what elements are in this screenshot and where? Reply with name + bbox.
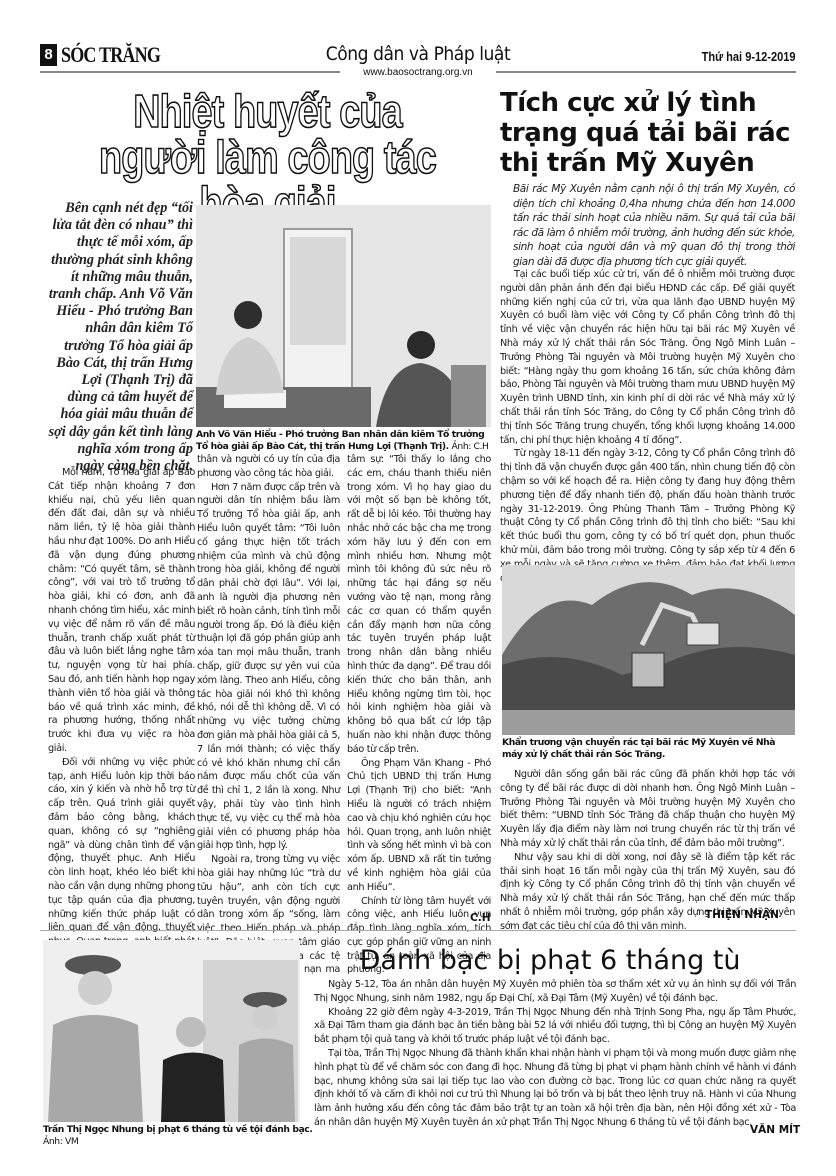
- article2-photo-caption: Khẩn trương vận chuyển rác tại bãi rác M…: [502, 737, 795, 761]
- photo-credit: Ảnh: C.H: [452, 441, 489, 452]
- paragraph: tâm sự: “Tôi thấy lo lắng cho các em, ch…: [347, 453, 491, 757]
- article3-byline: VĂN MÍT: [750, 1124, 800, 1136]
- meeting-photo-icon: [196, 205, 491, 427]
- garbage-truck-photo-icon: [502, 565, 795, 735]
- article1-lead: Bên cạnh nét đẹp “tối lửa tắt đèn có nha…: [48, 200, 193, 475]
- paragraph: Tại các buổi tiếp xúc cử tri, vấn đề ô n…: [500, 268, 795, 447]
- paragraph: Ông Phạm Văn Khang - Phó Chủ tịch UBND t…: [347, 757, 491, 895]
- paragraph: Mỗi năm, Tổ hòa giải ấp Bào Cát tiếp nhậ…: [48, 466, 195, 756]
- page-number: 8: [40, 44, 57, 66]
- article2-lead: Bãi rác Mỹ Xuyên nằm cạnh nội ô thị trấn…: [513, 182, 795, 269]
- article1-photo-caption: Anh Võ Văn Hiểu - Phó trưởng Ban nhân dâ…: [196, 429, 496, 453]
- court-photo-icon: [43, 940, 300, 1122]
- paragraph: thân và người có uy tín của địa phương v…: [197, 453, 340, 481]
- article3-headline: Đánh bạc bị phạt 6 tháng tù: [300, 945, 800, 976]
- section-divider: [40, 930, 796, 931]
- photo-credit: Ảnh: VM: [43, 1136, 78, 1147]
- article1-column-1: Mỗi năm, Tổ hòa giải ấp Bào Cát tiếp nhậ…: [48, 466, 195, 976]
- paragraph: Tại tòa, Trần Thị Ngọc Nhung đã thành kh…: [314, 1047, 796, 1130]
- paragraph: Người dân sống gần bãi rác cũng đã phấn …: [500, 768, 795, 851]
- paragraph: Khoảng 22 giờ đêm ngày 4-3-2019, Trần Th…: [314, 1006, 796, 1047]
- article1-byline: C.H: [470, 912, 490, 924]
- article3-photo-caption: Trần Thị Ngọc Nhung bị phạt 6 tháng tù v…: [43, 1124, 313, 1148]
- article2-headline: Tích cực xử lý tình trạng quá tải bãi rá…: [500, 88, 800, 178]
- issue-date: Thứ hai 9-12-2019: [702, 49, 796, 64]
- article1-column-3: tâm sự: “Tôi thấy lo lắng cho các em, ch…: [347, 453, 491, 977]
- paragraph: Ngày 5-12, Tòa án nhân dân huyện Mỹ Xuyê…: [314, 978, 796, 1006]
- article3-photo: [43, 940, 300, 1122]
- paragraph: Hơn 7 năm được cấp trên và người dân tín…: [197, 481, 340, 854]
- article2-byline: THIỆN NHẬN: [705, 909, 779, 921]
- website-url[interactable]: www.baosoctrang.org.vn: [40, 67, 796, 78]
- masthead: 8 SÓC TRĂNG Công dân và Pháp luật Thứ ha…: [40, 40, 796, 80]
- article2-photo: [502, 565, 795, 735]
- paragraph: Như vậy sau khi di dời xong, nơi đây sẽ …: [500, 851, 795, 934]
- article2-body-top: Tại các buổi tiếp xúc cử tri, vấn đề ô n…: [500, 268, 795, 585]
- article1-column-2: thân và người có uy tín của địa phương v…: [197, 453, 340, 991]
- section-title: Công dân và Pháp luật: [78, 43, 758, 65]
- article3-body: Ngày 5-12, Tòa án nhân dân huyện Mỹ Xuyê…: [314, 978, 796, 1130]
- article1-photo: [196, 205, 491, 427]
